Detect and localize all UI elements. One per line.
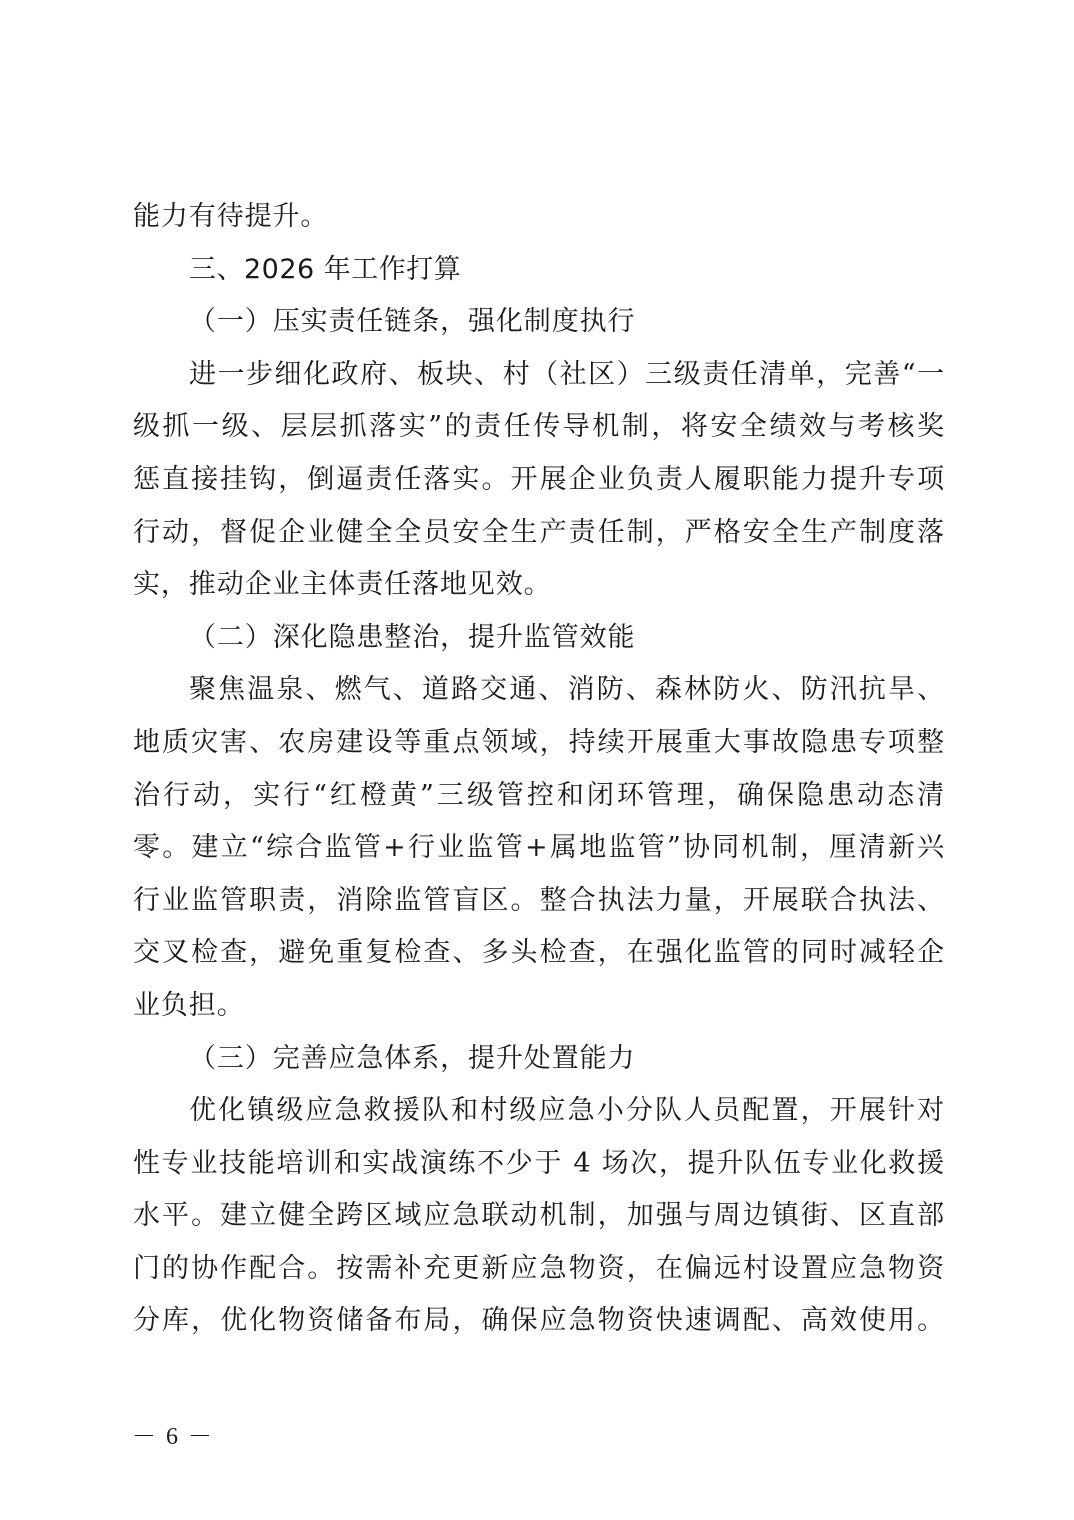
body-line: 性专业技能培训和实战演练不少于 4 场次，提升队伍专业化救援 bbox=[133, 1138, 945, 1191]
body-line: 进一步细化政府、板块、村（社区）三级责任清单，完善“一 bbox=[133, 349, 945, 402]
body-line: 水平。建立健全跨区域应急联动机制，加强与周边镇街、区直部 bbox=[133, 1190, 945, 1243]
page-number: － 6 － bbox=[132, 1416, 214, 1451]
body-line: 能力有待提升。 bbox=[133, 191, 945, 244]
body-line: 行动，督促企业健全全员安全生产责任制，严格安全生产制度落 bbox=[133, 507, 945, 560]
subsection-heading: （三）完善应急体系，提升处置能力 bbox=[133, 1033, 945, 1086]
body-line: 门的协作配合。按需补充更新应急物资，在偏远村设置应急物资 bbox=[133, 1243, 945, 1296]
section-heading: 三、2026 年工作打算 bbox=[133, 244, 945, 297]
body-line: 交叉检查，避免重复检查、多头检查，在强化监管的同时减轻企 bbox=[133, 927, 945, 980]
body-line: 惩直接挂钩，倒逼责任落实。开展企业负责人履职能力提升专项 bbox=[133, 454, 945, 507]
body-line: 治行动，实行“红橙黄”三级管控和闭环管理，确保隐患动态清 bbox=[133, 770, 945, 823]
body-line: 实，推动企业主体责任落地见效。 bbox=[133, 559, 945, 612]
body-line: 级抓一级、层层抓落实”的责任传导机制，将安全绩效与考核奖 bbox=[133, 401, 945, 454]
body-line: 业负担。 bbox=[133, 980, 945, 1033]
body-line: 分库，优化物资储备布局，确保应急物资快速调配、高效使用。 bbox=[133, 1295, 945, 1348]
body-line: 聚焦温泉、燃气、道路交通、消防、森林防火、防汛抗旱、 bbox=[133, 664, 945, 717]
body-line: 优化镇级应急救援队和村级应急小分队人员配置，开展针对 bbox=[133, 1085, 945, 1138]
body-line: 地质灾害、农房建设等重点领域，持续开展重大事故隐患专项整 bbox=[133, 717, 945, 770]
subsection-heading: （一）压实责任链条，强化制度执行 bbox=[133, 296, 945, 349]
body-line: 零。建立“综合监管+行业监管+属地监管”协同机制，厘清新兴 bbox=[133, 822, 945, 875]
document-page: 能力有待提升。 三、2026 年工作打算 （一）压实责任链条，强化制度执行 进一… bbox=[133, 191, 945, 1348]
subsection-heading: （二）深化隐患整治，提升监管效能 bbox=[133, 612, 945, 665]
body-line: 行业监管职责，消除监管盲区。整合执法力量，开展联合执法、 bbox=[133, 875, 945, 928]
